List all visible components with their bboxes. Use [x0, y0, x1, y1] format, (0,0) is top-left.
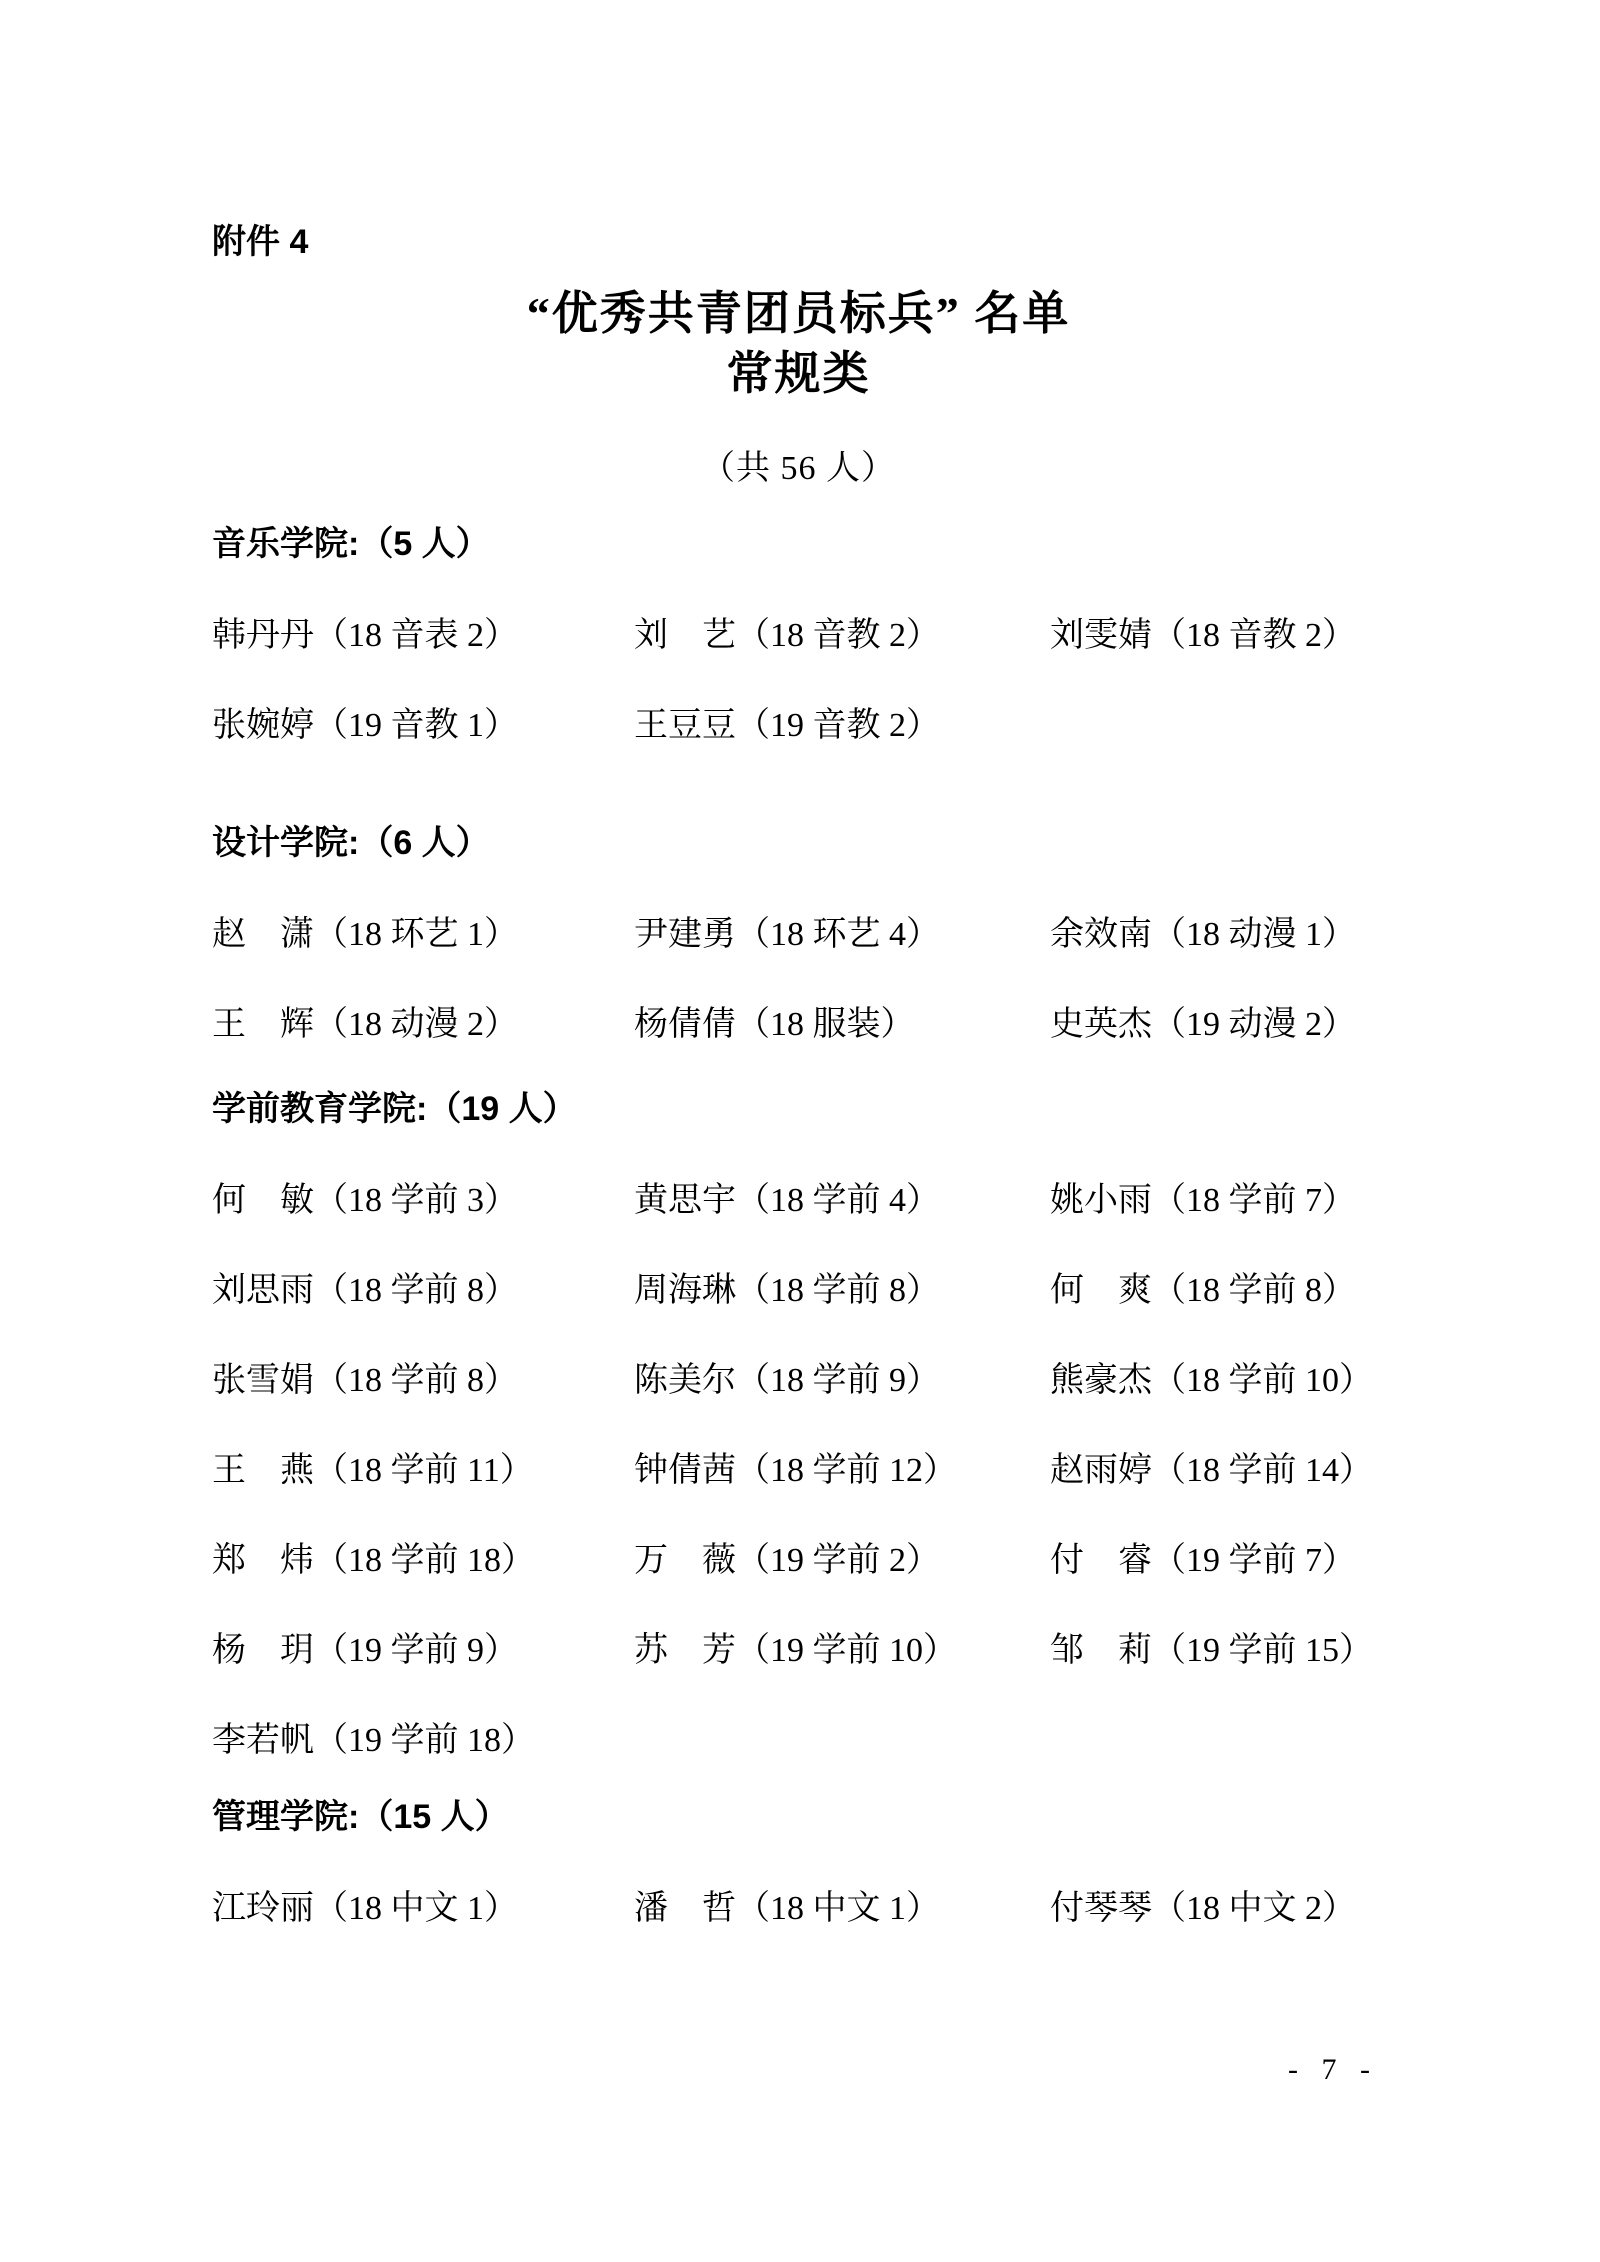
entry-item: 杨倩倩（18 服装）: [634, 1005, 1050, 1045]
section-header: 音乐学院:（5 人）: [212, 524, 1385, 564]
entry-item: 潘 哲（18 中文 1）: [634, 1889, 1050, 1929]
entry-item: 王 燕（18 学前 11）: [212, 1451, 634, 1491]
entry-item: 尹建勇（18 环艺 4）: [634, 915, 1050, 955]
total-count: （共 56 人）: [212, 449, 1385, 489]
page-number: - 7 -: [1288, 2052, 1378, 2088]
entry-item: 付琴琴（18 中文 2）: [1050, 1889, 1385, 1929]
entry-item: 何 敏（18 学前 3）: [212, 1181, 634, 1221]
entry-item: 韩丹丹（18 音表 2）: [212, 616, 634, 656]
entry-item: 姚小雨（18 学前 7）: [1050, 1181, 1385, 1221]
entry-item: 付 睿（19 学前 7）: [1050, 1541, 1385, 1581]
entry-item: 王 辉（18 动漫 2）: [212, 1005, 634, 1045]
entry-item: 江玲丽（18 中文 1）: [212, 1889, 634, 1929]
entry-item: 邹 莉（19 学前 15）: [1050, 1631, 1385, 1671]
entry-item: 刘雯婧（18 音教 2）: [1050, 616, 1385, 656]
entry-item: 周海琳（18 学前 8）: [634, 1271, 1050, 1311]
section-music-college: 音乐学院:（5 人） 韩丹丹（18 音表 2） 刘 艺（18 音教 2） 刘雯婧…: [212, 524, 1385, 746]
entries-grid: 江玲丽（18 中文 1） 潘 哲（18 中文 1） 付琴琴（18 中文 2）: [212, 1889, 1385, 1929]
entries-grid: 赵 潇（18 环艺 1） 尹建勇（18 环艺 4） 余效南（18 动漫 1） 王…: [212, 915, 1385, 1045]
section-header: 管理学院:（15 人）: [212, 1797, 1385, 1837]
entry-item: 杨 玥（19 学前 9）: [212, 1631, 634, 1671]
entries-grid: 韩丹丹（18 音表 2） 刘 艺（18 音教 2） 刘雯婧（18 音教 2） 张…: [212, 616, 1385, 746]
entry-item: 史英杰（19 动漫 2）: [1050, 1005, 1385, 1045]
entry-item: 赵 潇（18 环艺 1）: [212, 915, 634, 955]
entry-item: 钟倩茜（18 学前 12）: [634, 1451, 1050, 1491]
section-design-college: 设计学院:（6 人） 赵 潇（18 环艺 1） 尹建勇（18 环艺 4） 余效南…: [212, 823, 1385, 1045]
entry-item: 王豆豆（19 音教 2）: [634, 706, 1050, 746]
entry-item: 赵雨婷（18 学前 14）: [1050, 1451, 1385, 1491]
entry-item: 郑 炜（18 学前 18）: [212, 1541, 634, 1581]
entry-item: 李若帆（19 学前 18）: [212, 1721, 634, 1761]
entry-item: 张婉婷（19 音教 1）: [212, 706, 634, 746]
section-header: 学前教育学院:（19 人）: [212, 1089, 1385, 1129]
entry-item: 张雪娟（18 学前 8）: [212, 1361, 634, 1401]
title-block: “优秀共青团员标兵” 名单 常规类: [212, 284, 1385, 404]
doc-subtitle: 常规类: [212, 344, 1385, 404]
section-header: 设计学院:（6 人）: [212, 823, 1385, 863]
entry-item: 陈美尔（18 学前 9）: [634, 1361, 1050, 1401]
entry-item: 万 薇（19 学前 2）: [634, 1541, 1050, 1581]
entries-grid: 何 敏（18 学前 3） 黄思宇（18 学前 4） 姚小雨（18 学前 7） 刘…: [212, 1181, 1385, 1761]
entry-item: 黄思宇（18 学前 4）: [634, 1181, 1050, 1221]
attachment-label: 附件 4: [212, 222, 1385, 262]
entry-item: 苏 芳（19 学前 10）: [634, 1631, 1050, 1671]
doc-title: “优秀共青团员标兵” 名单: [212, 284, 1385, 344]
entry-item: 何 爽（18 学前 8）: [1050, 1271, 1385, 1311]
entry-item: 刘思雨（18 学前 8）: [212, 1271, 634, 1311]
entry-item: 余效南（18 动漫 1）: [1050, 915, 1385, 955]
entry-item: 刘 艺（18 音教 2）: [634, 616, 1050, 656]
document-page: 附件 4 “优秀共青团员标兵” 名单 常规类 （共 56 人） 音乐学院:（5 …: [0, 0, 1600, 2262]
section-preschool-education-college: 学前教育学院:（19 人） 何 敏（18 学前 3） 黄思宇（18 学前 4） …: [212, 1089, 1385, 1761]
entry-item: 熊豪杰（18 学前 10）: [1050, 1361, 1385, 1401]
section-management-college: 管理学院:（15 人） 江玲丽（18 中文 1） 潘 哲（18 中文 1） 付琴…: [212, 1797, 1385, 1929]
